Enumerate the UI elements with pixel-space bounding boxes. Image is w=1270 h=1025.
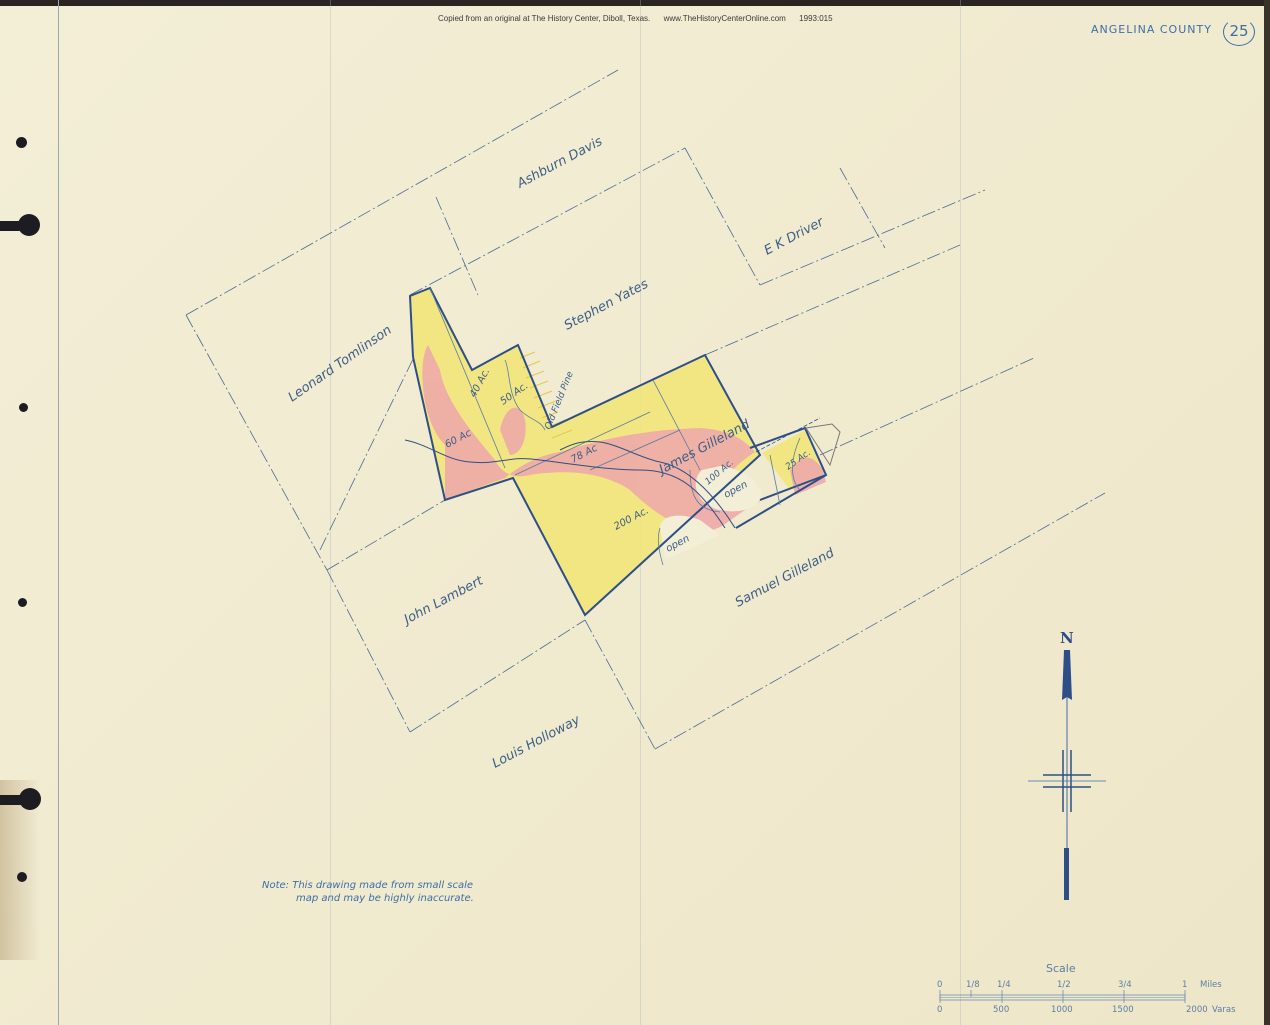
survey-label-stephen-yates: Stephen Yates [562, 277, 651, 334]
north-arrow-head-icon [1062, 650, 1072, 700]
scale-miles-tick: 3/4 [1118, 980, 1132, 990]
survey-label-leonard-tomlinson: Leonard Tomlinson [286, 323, 395, 406]
north-arrow-compass: N [1028, 629, 1106, 900]
scale-bar: 0 1/8 1/4 1/2 3/4 1 Miles 0 500 1000 150… [937, 980, 1236, 1015]
survey-label-john-lambert: John Lambert [399, 573, 486, 629]
scale-miles-unit: Miles [1200, 980, 1222, 990]
scale-miles-tick: 1/2 [1057, 980, 1071, 990]
scale-varas-unit: Varas [1212, 1005, 1236, 1015]
scale-miles-tick: 0 [937, 980, 942, 990]
survey-map: Ashburn Davis Stephen Yates E K Driver L… [0, 0, 1270, 1025]
survey-label-ashburn-davis: Ashburn Davis [514, 134, 605, 192]
survey-label-ek-driver: E K Driver [762, 214, 828, 259]
note-line-1: Note: This drawing made from small scale [262, 880, 473, 891]
scale-miles-tick: 1 [1182, 980, 1187, 990]
scale-varas-tick: 1500 [1112, 1005, 1134, 1015]
scale-varas-tick: 500 [993, 1005, 1009, 1015]
scale-varas-tick: 2000 [1186, 1005, 1208, 1015]
scale-varas-tick: 0 [937, 1005, 942, 1015]
survey-label-louis-holloway: Louis Holloway [490, 713, 583, 772]
compass-north-label: N [1060, 629, 1074, 647]
note-line-2: map and may be highly inaccurate. [262, 892, 474, 905]
accuracy-note: Note: This drawing made from small scale… [262, 879, 474, 905]
scale-miles-tick: 1/4 [997, 980, 1011, 990]
survey-label-samuel-gilleland: Samuel Gilleland [733, 545, 838, 610]
scale-title: Scale [1046, 962, 1076, 975]
scale-varas-tick: 1000 [1051, 1005, 1073, 1015]
scale-miles-tick: 1/8 [966, 980, 980, 990]
map-sheet: Copied from an original at The History C… [0, 0, 1270, 1025]
